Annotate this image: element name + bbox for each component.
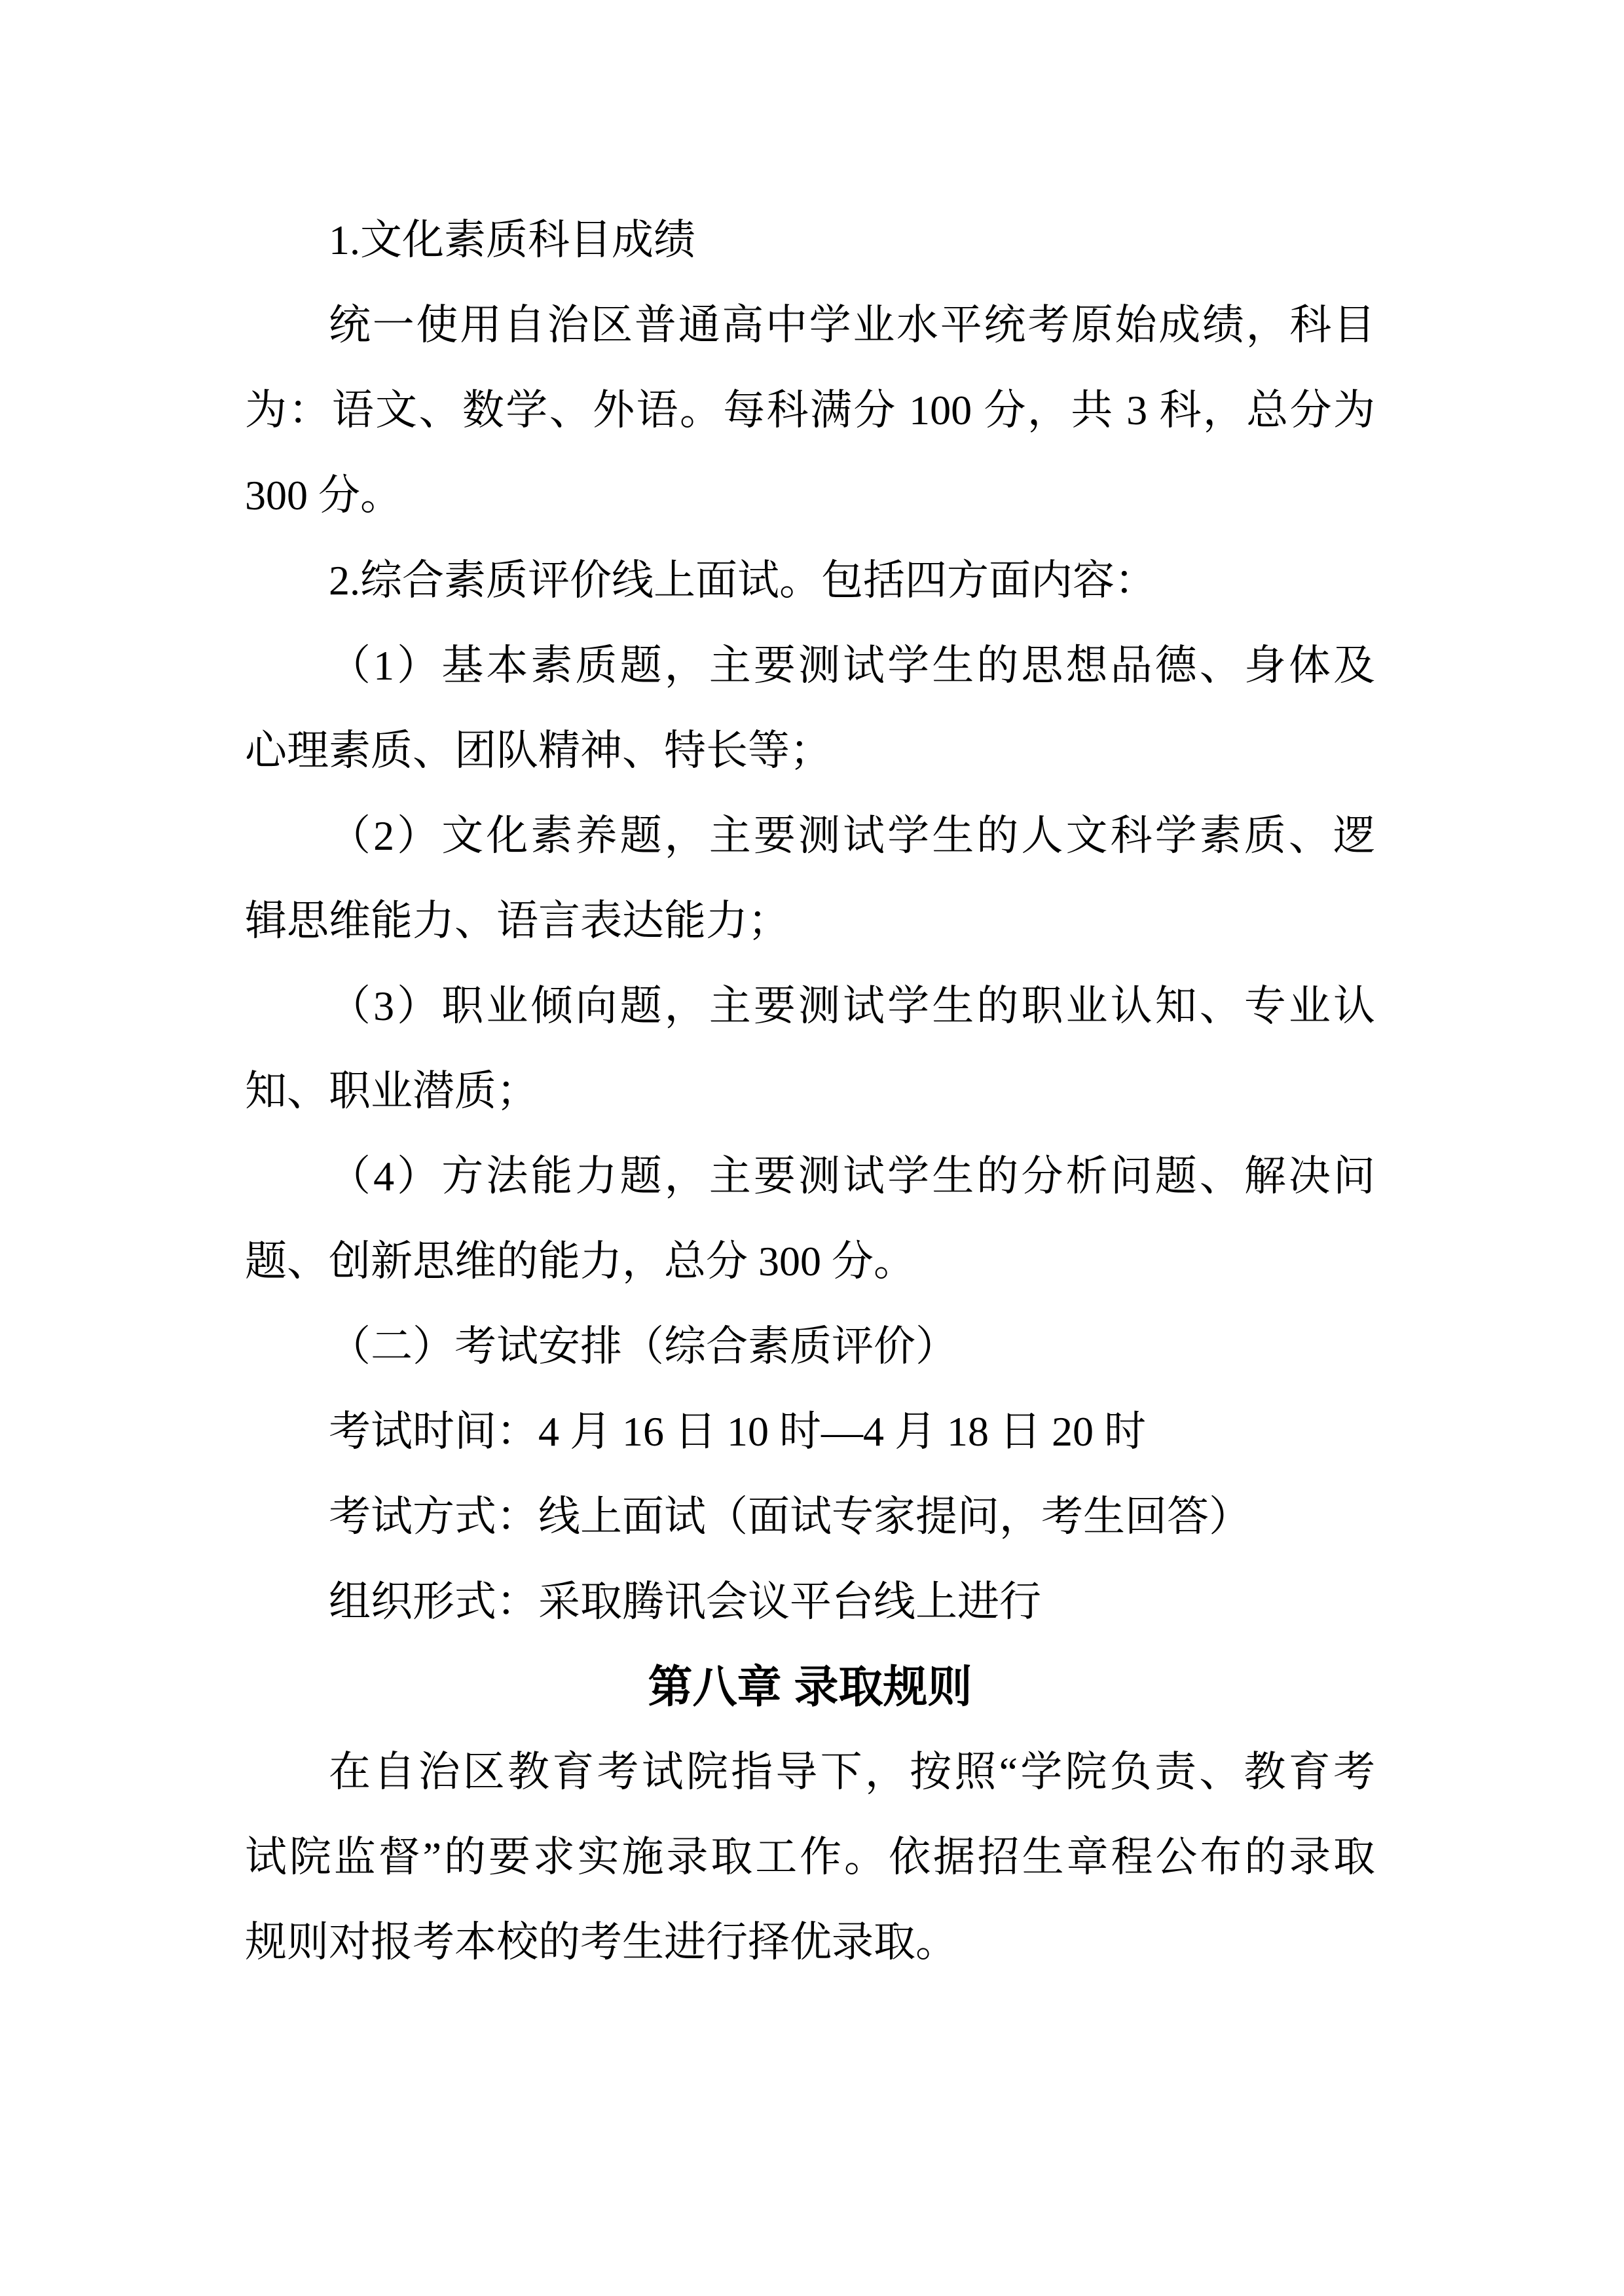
text-line: 在自治区教育考试院指导下，按照“学院负责、教育考 xyxy=(245,1730,1375,1815)
text-line: 1.文化素质科目成绩 xyxy=(245,198,1375,283)
text-line: 题、创新思维的能力，总分 300 分。 xyxy=(245,1219,1375,1304)
text-line: 300 分。 xyxy=(245,453,1375,538)
text-line: 考试方式：线上面试（面试专家提问，考生回答） xyxy=(245,1474,1375,1559)
text-line: （4）方法能力题，主要测试学生的分析问题、解决问 xyxy=(245,1134,1375,1219)
text-line: 规则对报考本校的考生进行择优录取。 xyxy=(245,1900,1375,1985)
text-line: 辑思维能力、语言表达能力； xyxy=(245,879,1375,964)
chapter-heading: 第八章 录取规则 xyxy=(245,1645,1375,1730)
text-line: 2.综合素质评价线上面试。包括四方面内容： xyxy=(245,538,1375,623)
text-line: 试院监督”的要求实施录取工作。依据招生章程公布的录取 xyxy=(245,1815,1375,1900)
text-line: （2）文化素养题，主要测试学生的人文科学素质、逻 xyxy=(245,793,1375,879)
document-page: 1.文化素质科目成绩 统一使用自治区普通高中学业水平统考原始成绩，科目 为：语文… xyxy=(0,0,1624,2296)
text-line: （1）基本素质题，主要测试学生的思想品德、身体及 xyxy=(245,623,1375,708)
text-line: 为：语文、数学、外语。每科满分 100 分，共 3 科，总分为 xyxy=(245,368,1375,453)
text-line: 心理素质、团队精神、特长等； xyxy=(245,708,1375,793)
text-line: 组织形式：采取腾讯会议平台线上进行 xyxy=(245,1559,1375,1645)
text-line: （3）职业倾向题，主要测试学生的职业认知、专业认 xyxy=(245,964,1375,1049)
text-line: 考试时间：4 月 16 日 10 时—4 月 18 日 20 时 xyxy=(245,1389,1375,1474)
text-line: 知、职业潜质； xyxy=(245,1049,1375,1134)
text-line: 统一使用自治区普通高中学业水平统考原始成绩，科目 xyxy=(245,283,1375,368)
text-line: （二）考试安排（综合素质评价） xyxy=(245,1304,1375,1389)
page-content: 1.文化素质科目成绩 统一使用自治区普通高中学业水平统考原始成绩，科目 为：语文… xyxy=(245,198,1375,1985)
